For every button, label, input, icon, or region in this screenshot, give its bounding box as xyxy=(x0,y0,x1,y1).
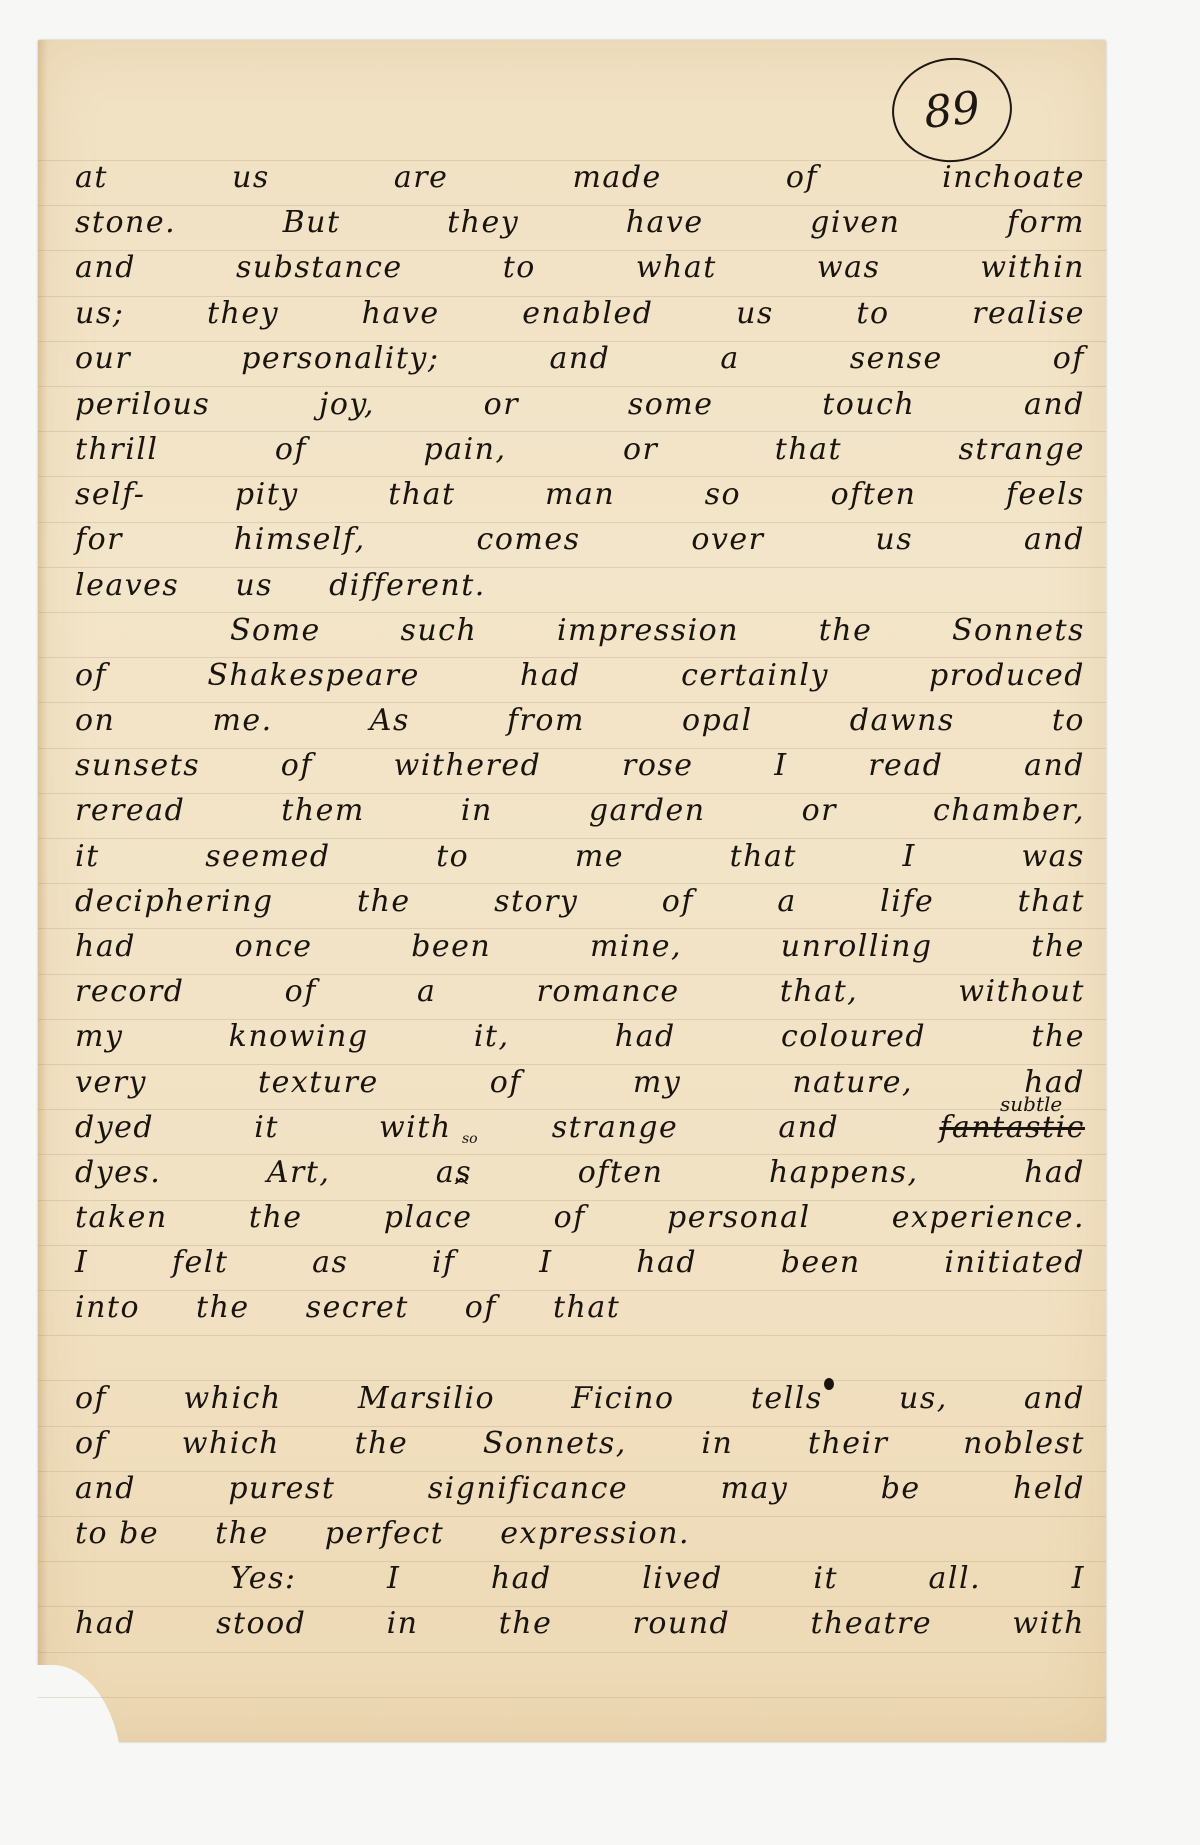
manuscript-line: hadoncebeenmine,unrollingthe xyxy=(75,929,1085,973)
handwritten-word: story xyxy=(494,884,578,919)
handwritten-word: have xyxy=(626,205,704,240)
handwritten-word: texture xyxy=(258,1065,379,1100)
manuscript-line: IfeltasifIhadbeeninitiated xyxy=(75,1245,1085,1289)
handwritten-word: I xyxy=(903,839,916,874)
handwritten-word: read xyxy=(868,748,943,783)
handwritten-word: me. xyxy=(212,703,272,738)
handwritten-word: of xyxy=(554,1200,586,1235)
handwritten-word: been xyxy=(781,1245,861,1280)
handwritten-word: theatre xyxy=(810,1606,932,1641)
manuscript-line: ofShakespearehadcertainlyproduced xyxy=(75,658,1085,702)
handwritten-word: dyed xyxy=(75,1110,154,1145)
handwritten-word: strange xyxy=(552,1110,678,1145)
handwritten-word: stone. xyxy=(75,205,176,240)
handwritten-word: of xyxy=(75,1381,107,1416)
handwritten-word: personality; xyxy=(241,341,439,376)
handwritten-word: the xyxy=(249,1200,303,1235)
handwritten-word: thrill xyxy=(75,432,159,467)
handwritten-word: was xyxy=(817,250,880,285)
handwritten-word: As xyxy=(370,703,410,738)
manuscript-line: onme.Asfromopaldawnsto xyxy=(75,703,1085,747)
manuscript-line: thrillofpain,orthatstrange xyxy=(75,432,1085,476)
manuscript-line: verytextureofmynature,had xyxy=(75,1065,1085,1109)
handwritten-word: and xyxy=(1024,1381,1085,1416)
handwritten-word: realise xyxy=(972,296,1085,331)
manuscript-line: perilousjoy,orsometouchand xyxy=(75,387,1085,431)
handwritten-word: withered xyxy=(394,748,542,783)
manuscript-line: to betheperfectexpression. xyxy=(75,1516,1085,1560)
handwritten-word: us xyxy=(875,522,913,557)
handwritten-word: different. xyxy=(329,568,486,603)
manuscript-line: us;theyhaveenabledustorealise xyxy=(75,296,1085,340)
handwritten-word: be xyxy=(881,1471,921,1506)
handwritten-word: and xyxy=(1024,387,1085,422)
handwritten-word: had xyxy=(491,1561,552,1596)
handwritten-word: of xyxy=(281,748,313,783)
manuscript-line: hadstoodintheroundtheatrewith xyxy=(75,1606,1085,1650)
handwritten-word: on xyxy=(75,703,115,738)
manuscript-line: itseemedtomethatIwas xyxy=(75,839,1085,883)
handwritten-word: us xyxy=(736,296,774,331)
handwritten-word: once xyxy=(235,929,313,964)
handwritten-word: self- xyxy=(75,477,145,512)
handwritten-word: purest xyxy=(228,1471,335,1506)
handwritten-word: with xyxy=(379,1110,452,1145)
handwritten-word: for xyxy=(75,522,123,557)
handwritten-word: and xyxy=(549,341,610,376)
ruled-line xyxy=(38,1335,1106,1336)
handwritten-word: Sonnets, xyxy=(483,1426,627,1461)
manuscript-line: ofwhichMarsilioFicinotellsus,and xyxy=(75,1381,1085,1425)
handwritten-word: coloured xyxy=(781,1019,926,1054)
handwritten-word: so xyxy=(705,477,741,512)
handwritten-word: knowing xyxy=(229,1019,369,1054)
handwritten-word: had xyxy=(520,658,581,693)
handwritten-word: pain, xyxy=(424,432,507,467)
handwritten-word: as xyxy=(312,1245,348,1280)
handwritten-word: unrolling xyxy=(781,929,933,964)
handwritten-word: our xyxy=(75,341,131,376)
handwritten-word: which xyxy=(183,1381,281,1416)
handwritten-word: romance xyxy=(537,974,680,1009)
handwritten-word: dawns xyxy=(850,703,955,738)
manuscript-line: Yes:Ihadliveditall.I xyxy=(230,1561,1085,1605)
handwritten-word: taken xyxy=(75,1200,168,1235)
handwritten-word: man xyxy=(545,477,615,512)
handwritten-word: inchoate xyxy=(942,160,1085,195)
handwritten-word: them xyxy=(281,793,365,828)
handwritten-word: of xyxy=(275,432,307,467)
handwritten-word: was xyxy=(1021,839,1084,874)
handwritten-word: certainly xyxy=(681,658,829,693)
handwritten-word: deciphering xyxy=(75,884,274,919)
handwritten-word: in xyxy=(701,1426,733,1461)
handwritten-word: opal xyxy=(682,703,753,738)
handwritten-word: have xyxy=(362,296,440,331)
handwritten-word: happens, xyxy=(769,1155,919,1190)
handwritten-word: the xyxy=(819,613,873,648)
handwritten-word: and xyxy=(75,1471,136,1506)
handwritten-word: produced xyxy=(929,658,1085,693)
handwritten-word: to xyxy=(856,296,889,331)
handwritten-word: us xyxy=(235,568,273,603)
manuscript-line: ourpersonality;andasenseof xyxy=(75,341,1085,385)
handwritten-word: expression. xyxy=(500,1516,690,1551)
handwritten-word: or xyxy=(484,387,519,422)
handwritten-word: may xyxy=(721,1471,789,1506)
handwritten-word: the xyxy=(196,1290,250,1325)
handwritten-word: lived xyxy=(642,1561,723,1596)
manuscript-line: myknowingit,hadcolouredthe xyxy=(75,1019,1085,1063)
handwritten-word: perilous xyxy=(75,387,210,422)
handwritten-word: secret xyxy=(306,1290,409,1325)
handwritten-word: nature, xyxy=(792,1065,913,1100)
insertion-caret-mark: ^ xyxy=(452,1175,470,1200)
handwritten-word: form xyxy=(1007,205,1085,240)
handwritten-word: if xyxy=(432,1245,456,1280)
manuscript-line: takentheplaceofpersonalexperience. xyxy=(75,1200,1085,1244)
handwritten-word: they xyxy=(207,296,279,331)
handwritten-word: made xyxy=(572,160,661,195)
handwritten-word: the xyxy=(215,1516,269,1551)
handwritten-word: personal xyxy=(667,1200,811,1235)
handwritten-word: tells xyxy=(751,1381,823,1416)
handwritten-word: over xyxy=(691,522,764,557)
handwritten-word: us xyxy=(232,160,270,195)
handwritten-word: and xyxy=(1024,522,1085,557)
handwritten-word: often xyxy=(578,1155,664,1190)
interlinear-insertion: so xyxy=(462,1131,478,1147)
handwritten-word: it xyxy=(75,839,100,874)
handwritten-word: without xyxy=(958,974,1085,1009)
handwritten-word: garden xyxy=(589,793,706,828)
handwritten-word: very xyxy=(75,1065,147,1100)
handwritten-word: us, xyxy=(899,1381,948,1416)
handwritten-word: the xyxy=(499,1606,553,1641)
handwritten-word: of xyxy=(1053,341,1085,376)
handwritten-word: record xyxy=(75,974,185,1009)
handwritten-word: enabled xyxy=(522,296,653,331)
manuscript-line: dyeditwithstrangeandfantastic xyxy=(75,1110,1085,1154)
handwritten-word: I xyxy=(774,748,787,783)
handwritten-word: in xyxy=(461,793,493,828)
handwritten-word: me xyxy=(575,839,624,874)
handwritten-word: of xyxy=(490,1065,522,1100)
manuscript-line: dyes.Art,asoftenhappens,had xyxy=(75,1155,1085,1199)
handwritten-word: what xyxy=(636,250,717,285)
handwritten-word: or xyxy=(802,793,837,828)
handwritten-word: Yes: xyxy=(230,1561,296,1596)
handwritten-word: it xyxy=(813,1561,838,1596)
handwritten-word: to xyxy=(503,250,536,285)
handwritten-word: a xyxy=(777,884,796,919)
handwritten-word: that xyxy=(388,477,455,512)
handwritten-word: Sonnets xyxy=(952,613,1085,648)
handwritten-word: comes xyxy=(477,522,581,557)
manuscript-line: decipheringthestoryofalifethat xyxy=(75,884,1085,928)
handwritten-word: that xyxy=(553,1290,620,1325)
handwritten-word: some xyxy=(628,387,714,422)
handwritten-word: often xyxy=(831,477,917,512)
handwritten-word: round xyxy=(633,1606,731,1641)
handwritten-word: held xyxy=(1013,1471,1085,1506)
handwritten-word: of xyxy=(786,160,818,195)
handwritten-word: of xyxy=(662,884,694,919)
handwritten-word: and xyxy=(75,250,136,285)
handwritten-word: and xyxy=(1024,748,1085,783)
manuscript-line: ofwhichtheSonnets,intheirnoblest xyxy=(75,1426,1085,1470)
handwritten-word: significance xyxy=(428,1471,628,1506)
handwritten-word: all. xyxy=(929,1561,982,1596)
handwritten-word: Ficino xyxy=(571,1381,674,1416)
interlinear-insertion: subtle xyxy=(1000,1092,1062,1116)
handwritten-word: to xyxy=(436,839,469,874)
handwritten-word: place xyxy=(384,1200,473,1235)
handwritten-word: that xyxy=(1018,884,1085,919)
handwritten-word: us; xyxy=(75,296,124,331)
handwritten-word: But xyxy=(283,205,341,240)
handwritten-word: a xyxy=(720,341,739,376)
handwritten-word: had xyxy=(636,1245,697,1280)
handwritten-word: stood xyxy=(216,1606,306,1641)
handwritten-word: from xyxy=(507,703,585,738)
handwritten-word: the xyxy=(357,884,411,919)
handwritten-word: that, xyxy=(780,974,858,1009)
handwritten-word: had xyxy=(75,929,136,964)
handwritten-word: mine, xyxy=(590,929,682,964)
handwritten-word: of xyxy=(285,974,317,1009)
handwritten-word: touch xyxy=(822,387,915,422)
handwritten-word: feels xyxy=(1006,477,1085,512)
handwritten-word: Shakespeare xyxy=(207,658,420,693)
handwritten-word: had xyxy=(615,1019,676,1054)
handwritten-word: of xyxy=(75,658,107,693)
handwritten-word: given xyxy=(810,205,900,240)
handwritten-word: Art, xyxy=(267,1155,331,1190)
handwritten-word: of xyxy=(465,1290,497,1325)
handwritten-word: the xyxy=(355,1426,409,1461)
handwritten-word: I xyxy=(1072,1561,1085,1596)
handwritten-word: that xyxy=(730,839,797,874)
handwritten-word: leaves xyxy=(75,568,179,603)
handwritten-word: had xyxy=(1024,1155,1085,1190)
handwritten-word: experience. xyxy=(892,1200,1085,1235)
handwritten-word: to xyxy=(1052,703,1085,738)
handwritten-word: Marsilio xyxy=(358,1381,495,1416)
handwritten-word: my xyxy=(633,1065,681,1100)
handwritten-word: Some xyxy=(230,613,321,648)
handwritten-word: that xyxy=(775,432,842,467)
handwritten-word: joy, xyxy=(319,387,375,422)
handwritten-word: at xyxy=(75,160,108,195)
handwritten-word: are xyxy=(394,160,448,195)
handwritten-word: with xyxy=(1012,1606,1085,1641)
handwritten-word: had xyxy=(75,1606,136,1641)
handwritten-word: I xyxy=(539,1245,552,1280)
handwritten-word: I xyxy=(75,1245,88,1280)
manuscript-line: stone.Buttheyhavegivenform xyxy=(75,205,1085,249)
handwritten-word: life xyxy=(880,884,934,919)
manuscript-line: recordofaromancethat,without xyxy=(75,974,1085,1018)
manuscript-line: intothesecretofthat xyxy=(75,1290,1085,1334)
handwritten-word: rose xyxy=(622,748,694,783)
manuscript-line: andsubstancetowhatwaswithin xyxy=(75,250,1085,294)
handwritten-word: or xyxy=(623,432,658,467)
handwritten-word: to be xyxy=(75,1516,159,1551)
handwritten-word: the xyxy=(1031,1019,1085,1054)
handwritten-word: of xyxy=(75,1426,107,1461)
handwritten-word: chamber, xyxy=(933,793,1085,828)
manuscript-line: self-pitythatmansooftenfeels xyxy=(75,477,1085,521)
torn-corner xyxy=(32,1665,122,1795)
handwritten-word: within xyxy=(980,250,1085,285)
handwritten-word: seemed xyxy=(205,839,330,874)
handwritten-word: himself, xyxy=(234,522,366,557)
handwritten-word: noblest xyxy=(963,1426,1085,1461)
handwritten-word: it, xyxy=(474,1019,510,1054)
handwritten-word: they xyxy=(447,205,519,240)
handwritten-word: felt xyxy=(172,1245,229,1280)
handwritten-word: in xyxy=(387,1606,419,1641)
ruled-line xyxy=(38,1652,1106,1653)
handwritten-word: and xyxy=(778,1110,839,1145)
handwritten-word: perfect xyxy=(325,1516,445,1551)
handwritten-word: I xyxy=(387,1561,400,1596)
manuscript-line: leavesusdifferent. xyxy=(75,568,1085,612)
page-number: 89 xyxy=(921,82,982,139)
manuscript-line: rereadthemingardenorchamber, xyxy=(75,793,1085,837)
handwritten-word: substance xyxy=(236,250,403,285)
handwritten-word: reread xyxy=(75,793,185,828)
handwritten-word: a xyxy=(417,974,436,1009)
handwritten-word: the xyxy=(1031,929,1085,964)
manuscript-line: SomesuchimpressiontheSonnets xyxy=(230,613,1085,657)
ink-blot xyxy=(824,1378,834,1390)
handwritten-word: strange xyxy=(959,432,1085,467)
ruled-line xyxy=(38,1697,1106,1698)
handwritten-word: into xyxy=(75,1290,140,1325)
handwritten-word: impression xyxy=(557,613,739,648)
manuscript-line: sunsetsofwitheredroseIreadand xyxy=(75,748,1085,792)
manuscript-line: andpurestsignificancemaybeheld xyxy=(75,1471,1085,1515)
handwritten-word: initiated xyxy=(944,1245,1085,1280)
handwritten-word: their xyxy=(808,1426,889,1461)
handwritten-word: sunsets xyxy=(75,748,200,783)
handwritten-word: such xyxy=(400,613,477,648)
handwritten-word: sense xyxy=(850,341,943,376)
handwritten-word: my xyxy=(75,1019,123,1054)
handwritten-word: been xyxy=(411,929,491,964)
manuscript-line: forhimself,comesoverusand xyxy=(75,522,1085,566)
handwritten-word: it xyxy=(254,1110,279,1145)
handwritten-word: dyes. xyxy=(75,1155,161,1190)
manuscript-line: atusaremadeofinchoate xyxy=(75,160,1085,204)
handwritten-word: pity xyxy=(235,477,299,512)
handwritten-word: which xyxy=(182,1426,280,1461)
